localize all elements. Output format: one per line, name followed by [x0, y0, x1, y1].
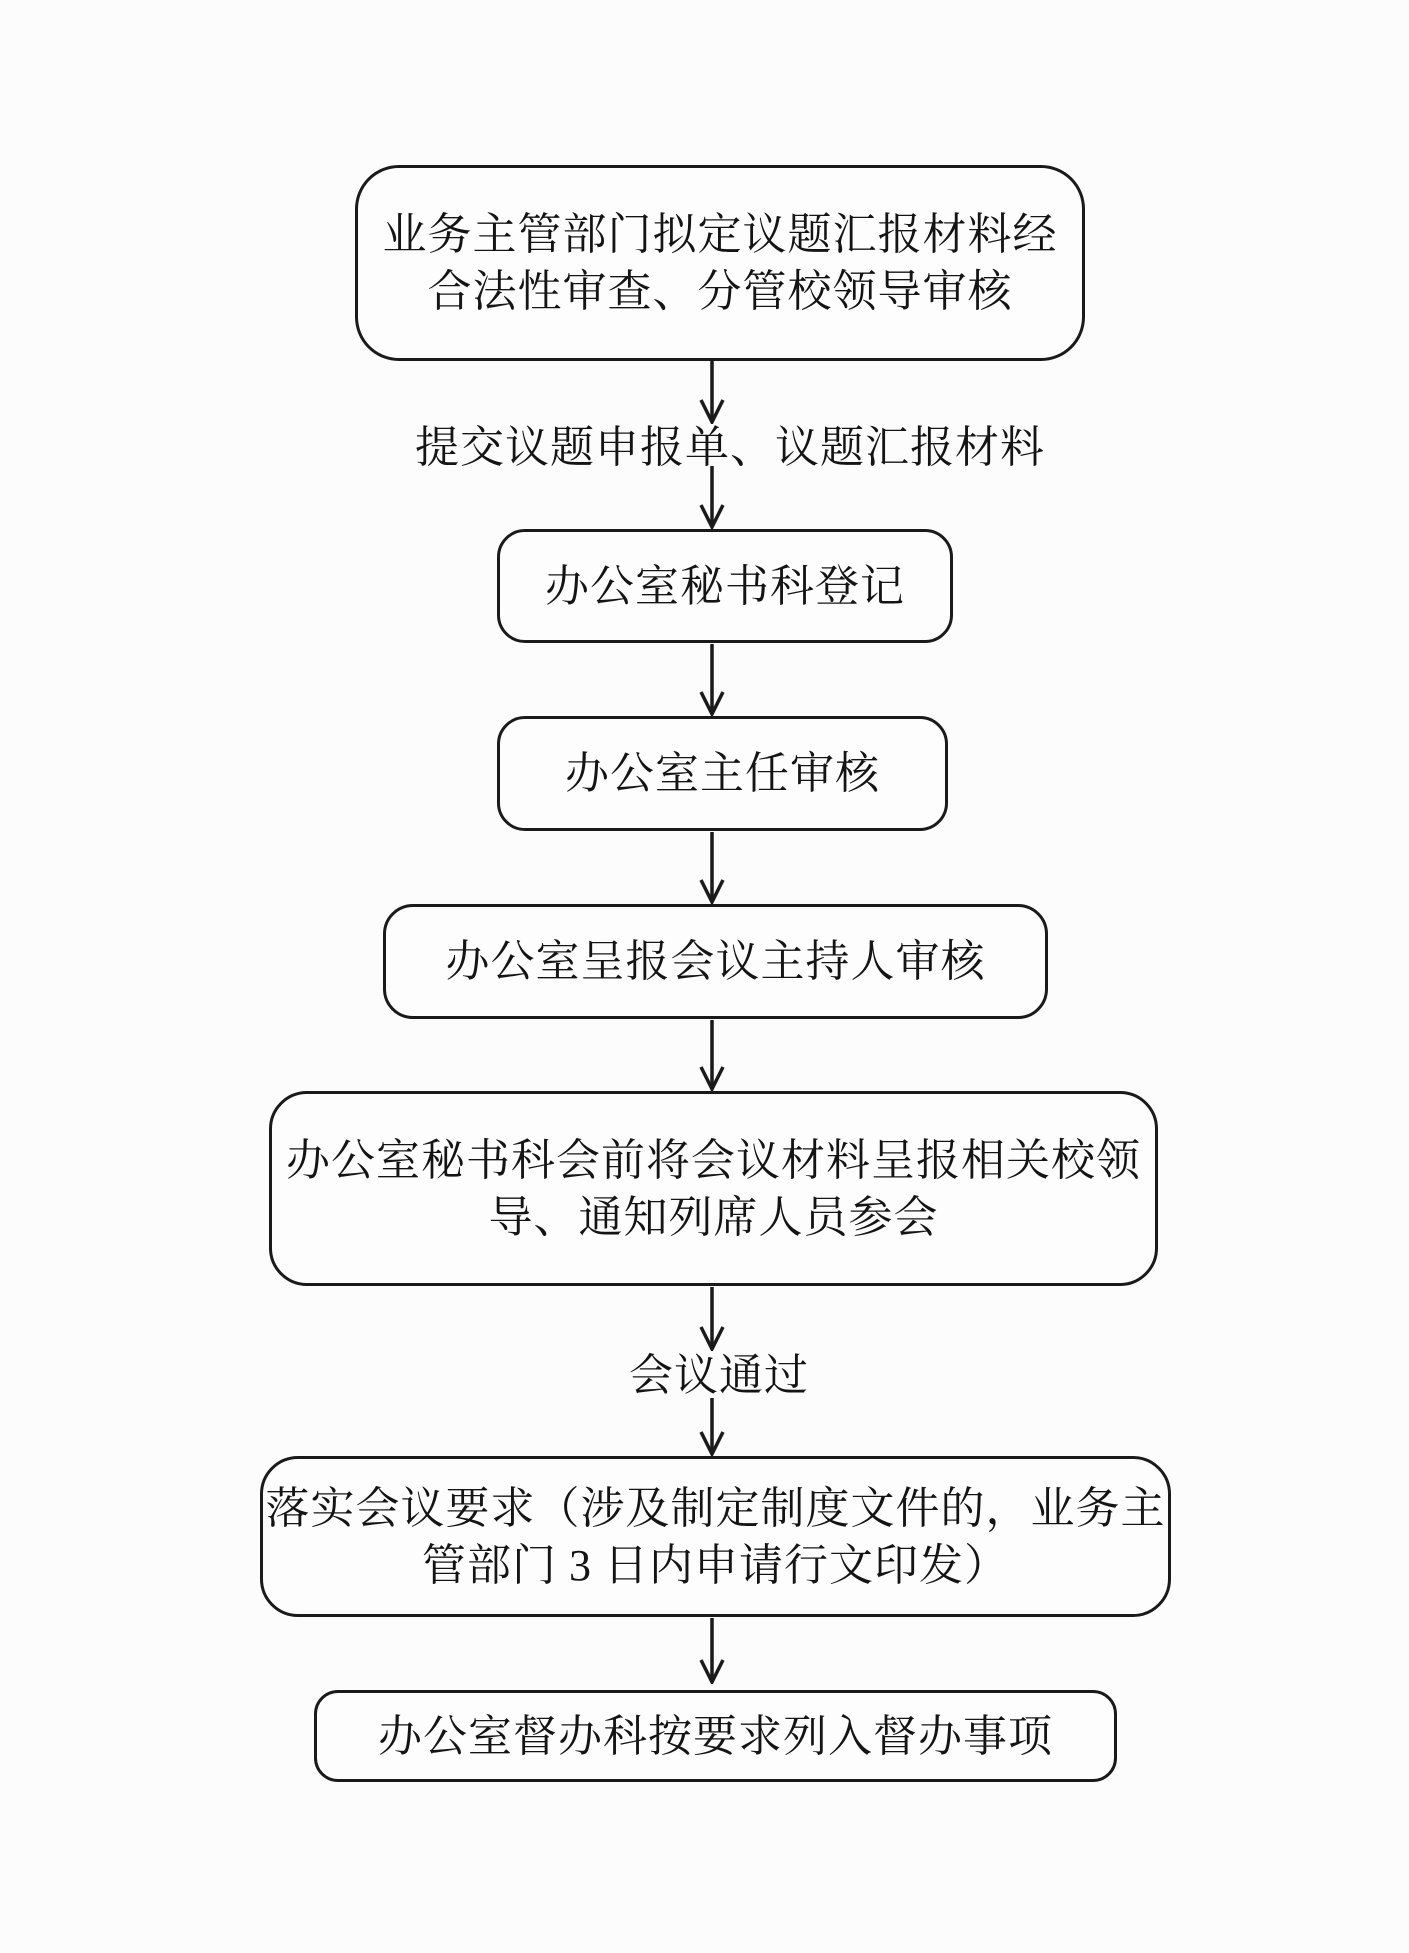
- node-text-line: 办公室督办科按要求列入督办事项: [378, 1708, 1053, 1765]
- flow-node-draft-topic-review: 业务主管部门拟定议题汇报材料经 合法性审查、分管校领导审核: [355, 165, 1085, 361]
- node-text-line: 导、通知列席人员参会: [489, 1189, 939, 1246]
- node-text-line: 办公室秘书科会前将会议材料呈报相关校领: [286, 1132, 1141, 1189]
- flow-arrow-down: [695, 644, 729, 716]
- flow-arrow-down: [695, 1398, 729, 1456]
- edge-label-meeting-approved: 会议通过: [629, 1352, 805, 1400]
- node-text-line: 办公室秘书科登记: [545, 558, 905, 615]
- flow-node-implement-requirements: 落实会议要求（涉及制定制度文件的，业务主 管部门 3 日内申请行文印发）: [260, 1456, 1171, 1617]
- flow-node-submit-to-meeting-chair: 办公室呈报会议主持人审核: [383, 904, 1048, 1019]
- flow-node-secretary-registration: 办公室秘书科登记: [497, 529, 953, 643]
- flow-arrow-down: [695, 1020, 729, 1091]
- flow-node-supervision-listing: 办公室督办科按要求列入督办事项: [314, 1690, 1117, 1782]
- node-text-line: 落实会议要求（涉及制定制度文件的，业务主: [266, 1480, 1166, 1537]
- node-text-line: 业务主管部门拟定议题汇报材料经: [383, 206, 1058, 263]
- flowchart-canvas: 业务主管部门拟定议题汇报材料经 合法性审查、分管校领导审核 提交议题申报单、议题…: [0, 0, 1409, 1953]
- node-text-line: 合法性审查、分管校领导审核: [428, 263, 1013, 320]
- node-text-line: 办公室主任审核: [565, 745, 880, 802]
- node-text-line: 办公室呈报会议主持人审核: [446, 933, 986, 990]
- flow-node-pre-meeting-materials: 办公室秘书科会前将会议材料呈报相关校领 导、通知列席人员参会: [269, 1091, 1158, 1286]
- node-text-line: 管部门 3 日内申请行文印发）: [422, 1537, 1009, 1594]
- flow-arrow-down: [695, 832, 729, 904]
- flow-arrow-down: [695, 466, 729, 529]
- flow-node-office-director-review: 办公室主任审核: [497, 716, 948, 831]
- flow-arrow-down: [695, 361, 729, 424]
- edge-label-submit-materials: 提交议题申报单、议题汇报材料: [415, 424, 1031, 472]
- flow-arrow-down: [695, 1287, 729, 1351]
- flow-arrow-down: [695, 1618, 729, 1684]
